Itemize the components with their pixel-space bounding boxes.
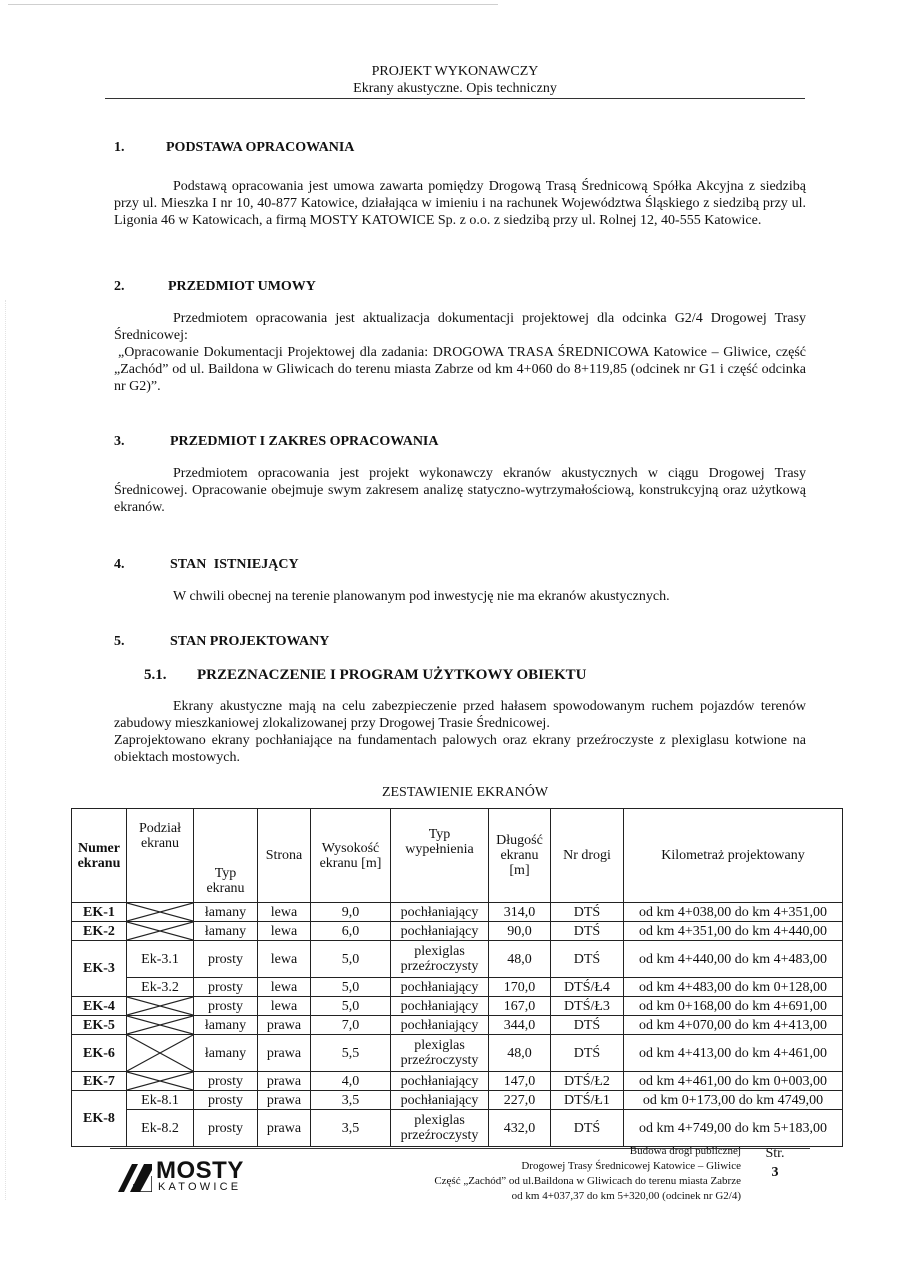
section-3-body: Przedmiotem opracowania jest projekt wyk… [114, 465, 806, 516]
col-podzial: Podział ekranu [127, 809, 194, 903]
cell-nr-drogi: DTŚ/Ł4 [551, 978, 624, 997]
header-rule [105, 98, 805, 99]
cell-typ: prosty [194, 1072, 258, 1091]
section-title: PODSTAWA OPRACOWANIA [166, 140, 354, 156]
col-strona: Strona [258, 809, 311, 903]
section-title: PRZEDMIOT UMOWY [168, 279, 316, 295]
section-number: 4. [114, 557, 125, 573]
cell-strona: prawa [258, 1035, 311, 1072]
table-row: EK-8Ek-8.1prostyprawa3,5pochłaniający227… [72, 1091, 843, 1110]
footer-line: od km 4+037,37 do km 5+320,00 (odcinek n… [434, 1189, 741, 1204]
cell-numer: EK-3 [72, 941, 127, 997]
table-row: EK-1łamanylewa9,0pochłaniający314,0DTŚod… [72, 903, 843, 922]
page-number-block: Str. 3 [760, 1146, 790, 1181]
section-number: 1. [114, 140, 125, 156]
footer-line: Drogowej Trasy Średnicowej Katowice – Gl… [434, 1159, 741, 1174]
cell-wysokosc: 7,0 [311, 1016, 391, 1035]
col-typ: Typ ekranu [194, 809, 258, 903]
section-1-body: Podstawą opracowania jest umowa zawarta … [114, 178, 806, 229]
cell-numer: EK-2 [72, 922, 127, 941]
section-title: PRZEDMIOT I ZAKRES OPRACOWANIA [170, 434, 439, 450]
cell-nr-drogi: DTŚ/Ł1 [551, 1091, 624, 1110]
cell-dlugosc: 48,0 [489, 941, 551, 978]
table-row: EK-5łamanyprawa7,0pochłaniający344,0DTŚo… [72, 1016, 843, 1035]
cell-nr-drogi: DTŚ [551, 1035, 624, 1072]
cell-wypelnienie: pochłaniający [391, 1091, 489, 1110]
cell-strona: lewa [258, 903, 311, 922]
cell-wypelnienie: plexiglas przeźroczysty [391, 1110, 489, 1147]
cell-wysokosc: 5,0 [311, 978, 391, 997]
cross-icon [127, 922, 193, 940]
cell-nr-drogi: DTŚ/Ł3 [551, 997, 624, 1016]
cell-dlugosc: 227,0 [489, 1091, 551, 1110]
col-nr-drogi: Nr drogi [551, 809, 624, 903]
section-title: STAN ISTNIEJĄCY [170, 557, 299, 573]
cross-icon [127, 903, 193, 921]
paragraph: Przedmiotem opracowania jest projekt wyk… [114, 465, 806, 516]
section-number: 3. [114, 434, 125, 450]
logo-subtitle: KATOWICE [158, 1181, 241, 1193]
page-label: Str. [760, 1146, 790, 1162]
cell-kilometraz: od km 0+173,00 do km 4749,00 [624, 1091, 843, 1110]
document-subtitle: Ekrany akustyczne. Opis techniczny [105, 80, 805, 97]
footer-line: Część „Zachód” od ul.Baildona w Gliwicac… [434, 1174, 741, 1189]
section-number: 5.1. [144, 667, 167, 684]
cell-numer: EK-6 [72, 1035, 127, 1072]
cell-dlugosc: 167,0 [489, 997, 551, 1016]
cell-strona: lewa [258, 997, 311, 1016]
cell-typ: łamany [194, 903, 258, 922]
cell-typ: łamany [194, 1016, 258, 1035]
page-header: PROJEKT WYKONAWCZY Ekrany akustyczne. Op… [105, 63, 805, 97]
paragraph: Przedmiotem opracowania jest aktualizacj… [114, 310, 806, 344]
cell-wypelnienie: pochłaniający [391, 903, 489, 922]
section-5-1-body: Ekrany akustyczne mają na celu zabezpiec… [114, 698, 806, 766]
cell-typ: prosty [194, 978, 258, 997]
mosty-logo-icon [118, 1162, 152, 1192]
cell-kilometraz: od km 4+749,00 do km 5+183,00 [624, 1110, 843, 1147]
document-title: PROJEKT WYKONAWCZY [105, 63, 805, 80]
cell-kilometraz: od km 4+351,00 do km 4+440,00 [624, 922, 843, 941]
cell-kilometraz: od km 4+483,00 do km 0+128,00 [624, 978, 843, 997]
cell-wysokosc: 6,0 [311, 922, 391, 941]
cell-strona: prawa [258, 1110, 311, 1147]
scan-artifact-line [8, 4, 498, 5]
cell-typ: prosty [194, 997, 258, 1016]
cell-podzial: Ek-3.1 [127, 941, 194, 978]
cell-kilometraz: od km 4+440,00 do km 4+483,00 [624, 941, 843, 978]
scan-edge [5, 300, 6, 1200]
table-row: EK-3Ek-3.1prostylewa5,0plexiglas przeźro… [72, 941, 843, 978]
paragraph: Ekrany akustyczne mają na celu zabezpiec… [114, 698, 806, 732]
cell-dlugosc: 432,0 [489, 1110, 551, 1147]
paragraph: Podstawą opracowania jest umowa zawarta … [114, 178, 806, 229]
col-wysokosc: Wysokość ekranu [m] [311, 809, 391, 903]
cell-numer: EK-7 [72, 1072, 127, 1091]
col-numer: Numer ekranu [72, 809, 127, 903]
cell-wysokosc: 5,0 [311, 997, 391, 1016]
table-row: EK-6łamanyprawa5,5plexiglas przeźroczyst… [72, 1035, 843, 1072]
cell-wysokosc: 5,0 [311, 941, 391, 978]
cell-wypelnienie: plexiglas przeźroczysty [391, 1035, 489, 1072]
cell-wysokosc: 9,0 [311, 903, 391, 922]
cross-icon [127, 997, 193, 1015]
cell-kilometraz: od km 4+461,00 do km 0+003,00 [624, 1072, 843, 1091]
cell-typ: prosty [194, 1091, 258, 1110]
col-wypelnienie: Typ wypełnienia [391, 809, 489, 903]
section-2-body: Przedmiotem opracowania jest aktualizacj… [114, 310, 806, 395]
cell-strona: prawa [258, 1072, 311, 1091]
cell-numer: EK-8 [72, 1091, 127, 1147]
cell-nr-drogi: DTŚ/Ł2 [551, 1072, 624, 1091]
cell-wysokosc: 4,0 [311, 1072, 391, 1091]
footer-line: Budowa drogi publicznej [434, 1144, 741, 1159]
cell-kilometraz: od km 4+070,00 do km 4+413,00 [624, 1016, 843, 1035]
table-row: Ek-8.2prostyprawa3,5plexiglas przeźroczy… [72, 1110, 843, 1147]
cell-dlugosc: 147,0 [489, 1072, 551, 1091]
table-header-row: Numer ekranu Podział ekranu Typ ekranu S… [72, 809, 843, 903]
cell-podzial: Ek-8.2 [127, 1110, 194, 1147]
cell-strona: prawa [258, 1016, 311, 1035]
cell-typ: łamany [194, 1035, 258, 1072]
cell-podzial-none [127, 1072, 194, 1091]
cell-typ: prosty [194, 941, 258, 978]
cell-dlugosc: 314,0 [489, 903, 551, 922]
section-title: PRZEZNACZENIE I PROGRAM UŻYTKOWY OBIEKTU [197, 667, 587, 684]
table-row: EK-2łamanylewa6,0pochłaniający90,0DTŚod … [72, 922, 843, 941]
cell-nr-drogi: DTŚ [551, 922, 624, 941]
cell-wypelnienie: pochłaniający [391, 1072, 489, 1091]
cell-wypelnienie: pochłaniający [391, 997, 489, 1016]
cell-podzial-none [127, 903, 194, 922]
cell-numer: EK-5 [72, 1016, 127, 1035]
cell-podzial-none [127, 922, 194, 941]
cell-nr-drogi: DTŚ [551, 903, 624, 922]
cell-strona: prawa [258, 1091, 311, 1110]
paragraph: Zaprojektowano ekrany pochłaniające na f… [114, 732, 806, 766]
cell-numer: EK-4 [72, 997, 127, 1016]
cell-podzial-none [127, 997, 194, 1016]
table-row: EK-4prostylewa5,0pochłaniający167,0DTŚ/Ł… [72, 997, 843, 1016]
section-number: 2. [114, 279, 125, 295]
cell-wysokosc: 5,5 [311, 1035, 391, 1072]
cell-nr-drogi: DTŚ [551, 1016, 624, 1035]
cell-dlugosc: 170,0 [489, 978, 551, 997]
col-kilometraz: Kilometraż projektowany [624, 809, 843, 903]
col-dlugosc: Długość ekranu [m] [489, 809, 551, 903]
footer-project-info: Budowa drogi publicznej Drogowej Trasy Ś… [434, 1144, 741, 1204]
cell-wysokosc: 3,5 [311, 1110, 391, 1147]
cell-kilometraz: od km 4+413,00 do km 4+461,00 [624, 1035, 843, 1072]
cell-dlugosc: 90,0 [489, 922, 551, 941]
cross-icon [127, 1072, 193, 1090]
section-number: 5. [114, 634, 125, 650]
section-title: STAN PROJEKTOWANY [170, 634, 329, 650]
cell-strona: lewa [258, 941, 311, 978]
screens-table: Numer ekranu Podział ekranu Typ ekranu S… [71, 808, 843, 1147]
cell-podzial-none [127, 1035, 194, 1072]
cell-strona: lewa [258, 922, 311, 941]
cell-kilometraz: od km 0+168,00 do km 4+691,00 [624, 997, 843, 1016]
cross-icon [127, 1035, 193, 1071]
cell-wypelnienie: pochłaniający [391, 922, 489, 941]
cell-numer: EK-1 [72, 903, 127, 922]
section-4-body: W chwili obecnej na terenie planowanym p… [114, 588, 806, 605]
cell-nr-drogi: DTŚ [551, 1110, 624, 1147]
cell-typ: prosty [194, 1110, 258, 1147]
cell-nr-drogi: DTŚ [551, 941, 624, 978]
cell-typ: łamany [194, 922, 258, 941]
paragraph: W chwili obecnej na terenie planowanym p… [114, 588, 806, 605]
cell-wypelnienie: pochłaniający [391, 1016, 489, 1035]
cell-podzial-none [127, 1016, 194, 1035]
table-row: EK-7prostyprawa4,0pochłaniający147,0DTŚ/… [72, 1072, 843, 1091]
cross-icon [127, 1016, 193, 1034]
company-logo: MOSTY KATOWICE [118, 1160, 268, 1196]
table-title: ZESTAWIENIE EKRANÓW [335, 785, 595, 801]
page-number: 3 [760, 1165, 790, 1181]
cell-wypelnienie: pochłaniający [391, 978, 489, 997]
cell-dlugosc: 48,0 [489, 1035, 551, 1072]
paragraph-quote: „Opracowanie Dokumentacji Projektowej dl… [114, 344, 806, 395]
cell-wypelnienie: plexiglas przeźroczysty [391, 941, 489, 978]
cell-kilometraz: od km 4+038,00 do km 4+351,00 [624, 903, 843, 922]
cell-podzial: Ek-3.2 [127, 978, 194, 997]
cell-wysokosc: 3,5 [311, 1091, 391, 1110]
cell-dlugosc: 344,0 [489, 1016, 551, 1035]
table-row: Ek-3.2prostylewa5,0pochłaniający170,0DTŚ… [72, 978, 843, 997]
cell-strona: lewa [258, 978, 311, 997]
cell-podzial: Ek-8.1 [127, 1091, 194, 1110]
